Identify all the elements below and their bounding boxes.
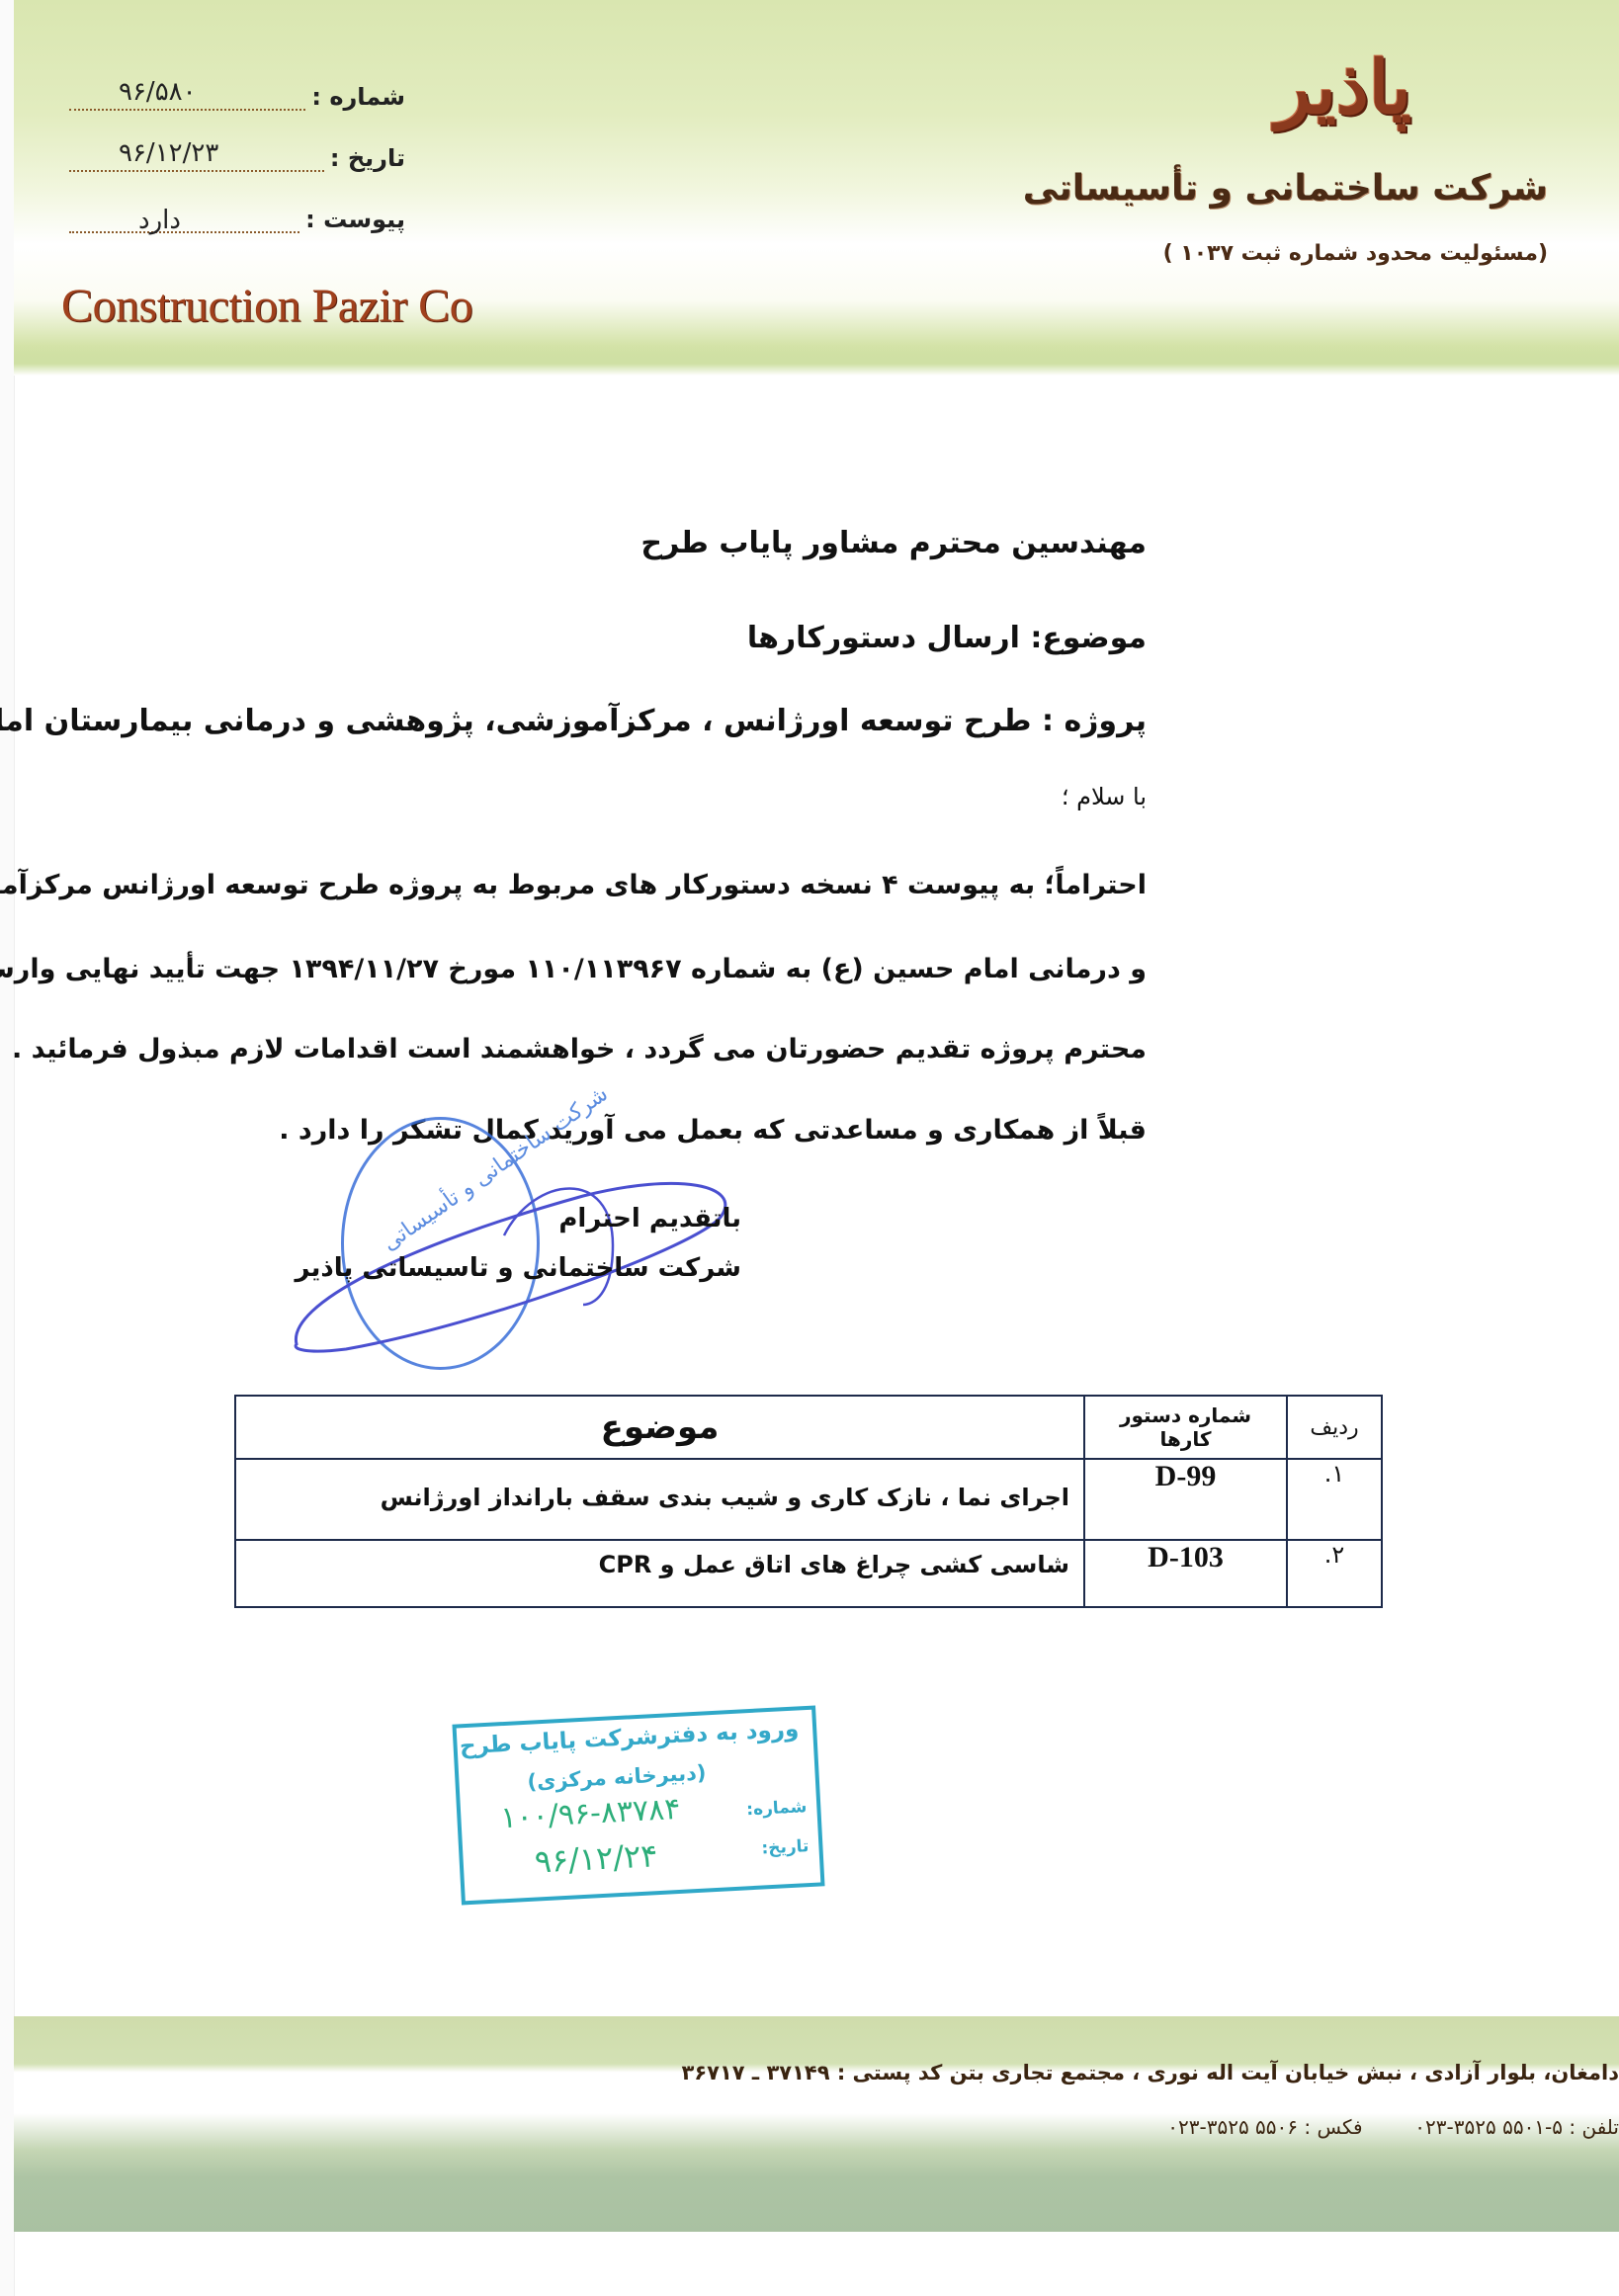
paragraph-line-1: احتراماً؛ به پیوست ۴ نسخه دستورکار های م… (0, 870, 1147, 900)
brand-name: شرکت ساختمانی و تأسیساتی (1023, 168, 1548, 209)
footer-phone: تلفن : ۵-۵۵۰۱ ۳۵۲۵-۰۲۳ (1414, 2115, 1619, 2139)
footer-fax: فکس : ۵۵۰۶ ۳۵۲۵-۰۲۳ (1167, 2115, 1362, 2139)
signature-block: شرکت ساختمانی و تأسیساتی باتقدیم احترام … (267, 1097, 741, 1374)
table-header-row: ردیف شماره دستور کارها موضوع (235, 1396, 1382, 1459)
stamp-date-value: ۹۶/۱۲/۲۴ (534, 1836, 659, 1880)
meta-date-line: ۹۶/۱۲/۲۳ (69, 148, 324, 172)
work-orders-table: ردیف شماره دستور کارها موضوع ۱. D-99 اجر… (234, 1395, 1383, 1608)
brand-registration: (مسئولیت محدود شماره ثبت ۱۰۳۷ ) (1163, 241, 1548, 266)
header-row-number: ردیف (1287, 1396, 1382, 1459)
meta-number-value: ۹۶/۵۸۰ (119, 77, 197, 107)
header-order-number: شماره دستور کارها (1084, 1396, 1287, 1459)
meta-attachment-label: پیوست : (305, 206, 405, 233)
header-subject: موضوع (235, 1396, 1084, 1459)
page-edge (0, 0, 15, 2296)
meta-date-label: تاریخ : (330, 144, 405, 172)
meta-number-line: ۹۶/۵۸۰ (69, 87, 305, 111)
letter-meta: شماره : ۹۶/۵۸۰ تاریخ : ۹۶/۱۲/۲۳ پیوست : (69, 49, 405, 233)
footer-address: دامغان، بلوار آزادی ، نبش خیابان آیت اله… (682, 2061, 1619, 2084)
meta-attachment-value: دارد (138, 206, 181, 235)
greeting: با سلام ؛ (1062, 783, 1147, 810)
cell-row-number: ۲. (1287, 1540, 1382, 1607)
table-row: ۲. D-103 شاسی کشی چراغ های اتاق عمل و CP… (235, 1540, 1382, 1607)
subject-line: موضوع: ارسال دستورکارها (747, 621, 1147, 655)
meta-date-value: ۹۶/۱۲/۲۳ (119, 138, 218, 168)
stamp-subtitle: (دبیرخانه مرکزی) (527, 1760, 707, 1793)
addressee: مهندسین محترم مشاور پایاب طرح (640, 526, 1147, 560)
received-stamp: ورود به دفترشرکت پایاب طرح (دبیرخانه مرک… (452, 1705, 824, 1905)
closing-salutation: باتقدیم احترام (558, 1204, 741, 1233)
meta-number-label: شماره : (311, 83, 405, 111)
meta-attachment-line (69, 210, 299, 233)
table-row: ۱. D-99 اجرای نما ، نازک کاری و شیب بندی… (235, 1459, 1382, 1540)
cell-row-number: ۱. (1287, 1459, 1382, 1540)
cell-order-number: D-99 (1084, 1459, 1287, 1540)
cell-order-number: D-103 (1084, 1540, 1287, 1607)
paragraph-line-3: محترم پروژه تقدیم حضورتان می گردد ، خواه… (12, 1034, 1147, 1064)
meta-date: تاریخ : ۹۶/۱۲/۲۳ (69, 111, 405, 172)
signatory-company: شرکت ساختمانی و تاسیساتی پاذیر (296, 1253, 742, 1283)
cell-subject: شاسی کشی چراغ های اتاق عمل و CPR (235, 1540, 1084, 1607)
brand-logo: پاذیر (1275, 45, 1411, 130)
meta-number: شماره : ۹۶/۵۸۰ (69, 49, 405, 111)
stamp-number-label: شماره: (746, 1797, 808, 1820)
stamp-number-value: ۱۰۰/۹۶-۸۳۷۸۴ (500, 1792, 682, 1835)
paragraph-line-2: و درمانی امام حسین (ع) به شماره ۱۱۰/۱۱۳۹… (0, 954, 1147, 984)
footer-contact: تلفن : ۵-۵۵۰۱ ۳۵۲۵-۰۲۳ فکس : ۵۵۰۶ ۳۵۲۵-۰… (1167, 2115, 1619, 2139)
stamp-date-label: تاریخ: (761, 1836, 809, 1858)
brand-english-name: Construction Pazir Co (61, 279, 472, 333)
meta-attachment: پیوست : (69, 172, 405, 233)
project-line: پروژه : طرح توسعه اورژانس ، مرکزآموزشی، … (0, 704, 1147, 738)
stamp-title: ورود به دفترشرکت پایاب طرح (459, 1716, 800, 1759)
cell-subject: اجرای نما ، نازک کاری و شیب بندی سقف بار… (235, 1459, 1084, 1540)
